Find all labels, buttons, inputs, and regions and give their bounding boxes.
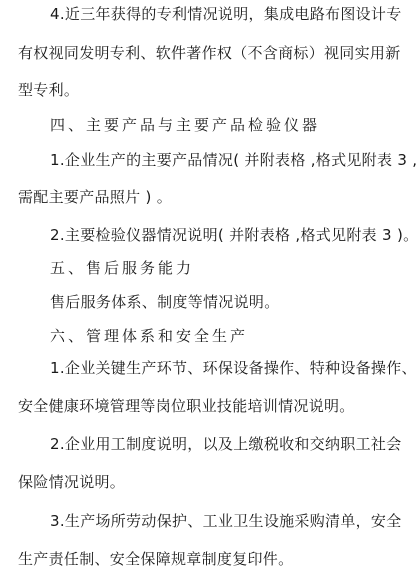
item-4-patents-line-1: 4.近三年获得的专利情况说明，集成电路布图设计专 — [50, 4, 402, 24]
section-6-item-1-line-1: 1.企业关键生产环节、环保设备操作、特种设备操作、 — [50, 358, 417, 378]
section-6-item-3-line-1: 3.生产场所劳动保护、工业卫生设施采购清单，安全 — [50, 511, 402, 531]
item-4-patents-line-3: 型专利。 — [18, 80, 79, 100]
section-6-item-1-line-2: 安全健康环境管理等岗位职业技能培训情况说明。 — [18, 396, 355, 416]
section-5-heading: 五、售后服务能力 — [50, 258, 194, 278]
item-4-patents-line-2: 有权视同发明专利、软件著作权（不含商标）视同实用新 — [18, 43, 401, 63]
section-4-item-2: 2.主要检验仪器情况说明( 并附表格 ,格式见附表 3 )。 — [50, 225, 418, 245]
section-4-item-1-line-2: 需配主要产品照片 ) 。 — [18, 187, 172, 207]
section-6-item-2-line-2: 保险情况说明。 — [18, 472, 125, 492]
section-6-item-2-line-1: 2.企业用工制度说明，以及上缴税收和交纳职工社会 — [50, 434, 402, 454]
section-5-body: 售后服务体系、制度等情况说明。 — [50, 292, 280, 312]
section-4-heading: 四、主要产品与主要产品检验仪器 — [50, 115, 320, 135]
section-6-item-3-line-2: 生产责任制、安全保障规章制度复印件。 — [18, 549, 293, 569]
section-6-heading: 六、管理体系和安全生产 — [50, 326, 248, 346]
section-4-item-1-line-1: 1.企业生产的主要产品情况( 并附表格 ,格式见附表 3 , — [50, 150, 417, 170]
